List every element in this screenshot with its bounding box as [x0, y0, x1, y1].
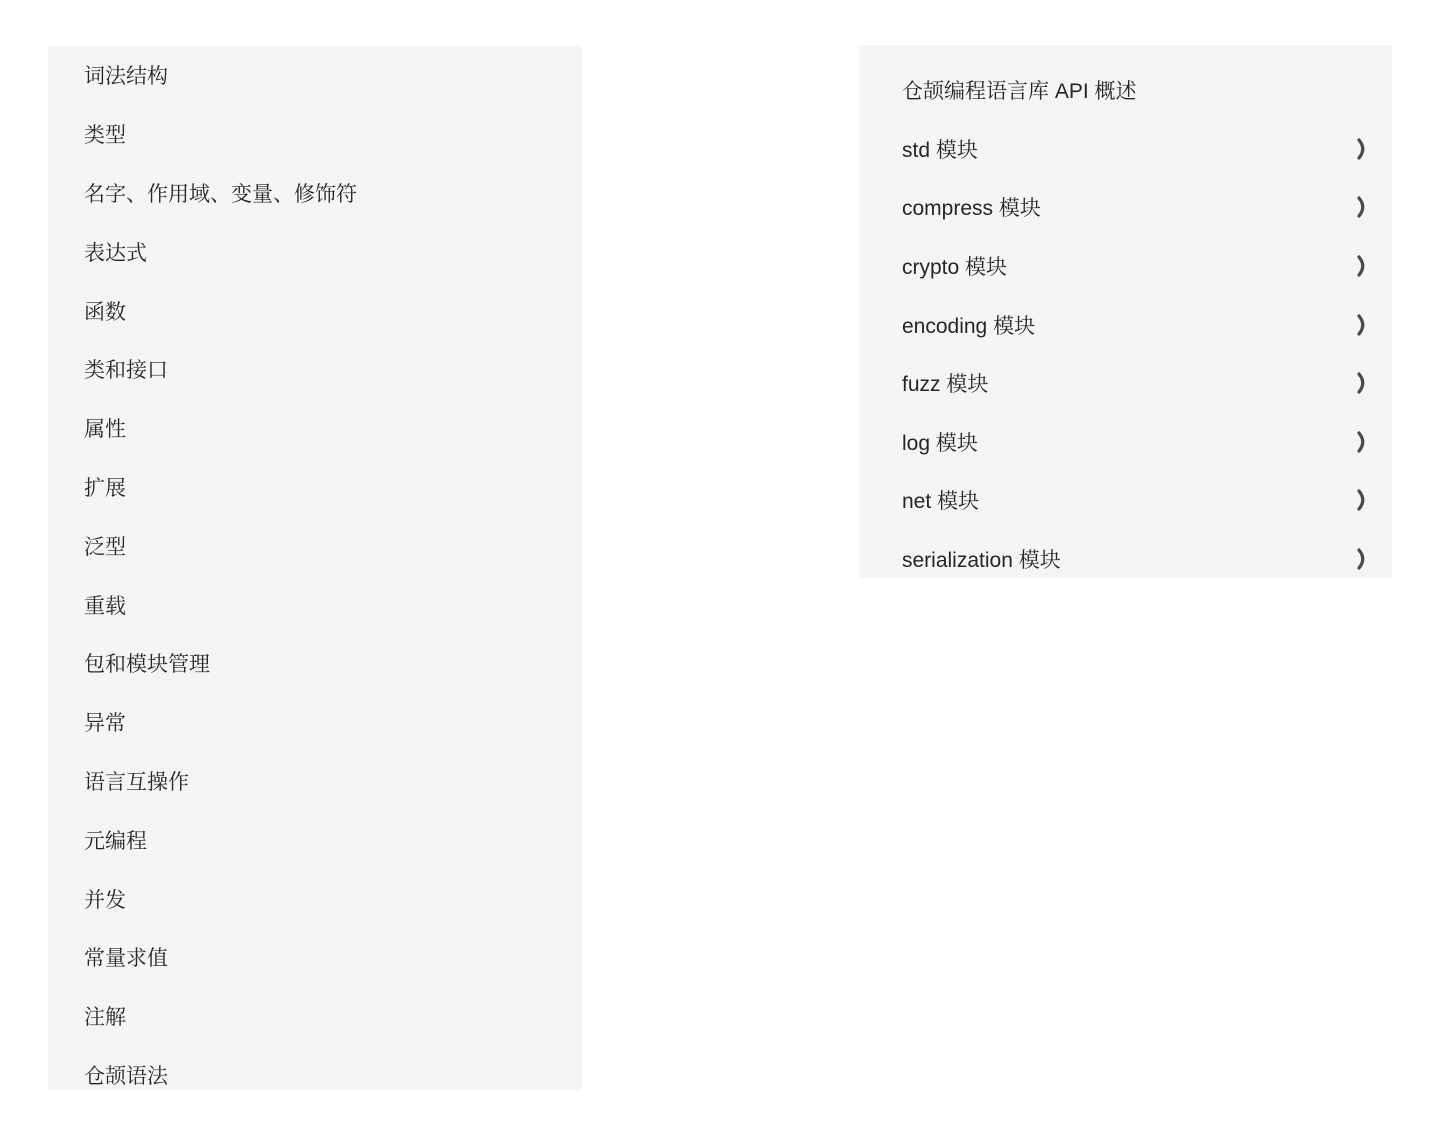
chevron-right-icon: [1357, 255, 1368, 277]
left-menu-item-package-module-management[interactable]: 包和模块管理: [48, 634, 582, 693]
language-spec-menu: 词法结构 类型 名字、作用域、变量、修饰符 表达式 函数 类和接口 属性 扩展 …: [48, 46, 582, 1090]
menu-item-label: 并发: [84, 884, 126, 914]
left-menu-item-concurrency[interactable]: 并发: [48, 869, 582, 928]
menu-item-label: encoding 模块: [902, 310, 1035, 340]
right-menu-item-serialization-module[interactable]: serialization 模块: [859, 530, 1392, 578]
left-menu-item-properties[interactable]: 属性: [48, 399, 582, 458]
menu-item-label: fuzz 模块: [902, 368, 988, 398]
menu-item-label: 名字、作用域、变量、修饰符: [84, 178, 357, 208]
menu-item-label: 仓颉语法: [84, 1060, 168, 1090]
menu-item-label: 表达式: [84, 237, 147, 267]
left-menu-item-names-scopes-variables-modifiers[interactable]: 名字、作用域、变量、修饰符: [48, 164, 582, 223]
right-menu-item-log-module[interactable]: log 模块: [859, 413, 1392, 472]
menu-item-label: 属性: [84, 413, 126, 443]
right-menu-item-encoding-module[interactable]: encoding 模块: [859, 295, 1392, 354]
menu-item-label: 仓颉编程语言库 API 概述: [902, 75, 1137, 105]
left-menu-item-cangjie-grammar[interactable]: 仓颉语法: [48, 1046, 582, 1090]
chevron-right-icon: [1357, 548, 1368, 570]
language-spec-nav-panel: 词法结构 类型 名字、作用域、变量、修饰符 表达式 函数 类和接口 属性 扩展 …: [48, 46, 582, 1090]
chevron-right-icon: [1357, 314, 1368, 336]
right-menu-item-net-module[interactable]: net 模块: [859, 471, 1392, 530]
left-menu-item-expressions[interactable]: 表达式: [48, 222, 582, 281]
menu-item-label: 常量求值: [84, 942, 168, 972]
right-menu-item-crypto-module[interactable]: crypto 模块: [859, 237, 1392, 296]
menu-item-label: 词法结构: [84, 60, 168, 90]
right-menu-item-std-module[interactable]: std 模块: [859, 120, 1392, 179]
menu-item-label: serialization 模块: [902, 544, 1061, 574]
menu-item-label: crypto 模块: [902, 251, 1007, 281]
menu-item-label: 泛型: [84, 531, 126, 561]
left-menu-item-extensions[interactable]: 扩展: [48, 458, 582, 517]
menu-item-label: log 模块: [902, 427, 978, 457]
menu-item-label: 类型: [84, 119, 126, 149]
menu-item-label: 元编程: [84, 825, 147, 855]
chevron-right-icon: [1357, 138, 1368, 160]
left-menu-item-types[interactable]: 类型: [48, 105, 582, 164]
left-menu-item-annotations[interactable]: 注解: [48, 987, 582, 1046]
menu-item-label: 包和模块管理: [84, 648, 210, 678]
menu-item-label: std 模块: [902, 134, 978, 164]
menu-item-label: 异常: [84, 707, 126, 737]
left-menu-item-constant-evaluation[interactable]: 常量求值: [48, 928, 582, 987]
chevron-right-icon: [1357, 489, 1368, 511]
left-menu-item-functions[interactable]: 函数: [48, 281, 582, 340]
chevron-right-icon: [1357, 196, 1368, 218]
library-api-menu: 仓颉编程语言库 API 概述 std 模块 compress 模块 crypto…: [859, 61, 1392, 578]
left-menu-item-language-interop[interactable]: 语言互操作: [48, 752, 582, 811]
menu-item-label: 类和接口: [84, 354, 168, 384]
chevron-right-icon: [1357, 431, 1368, 453]
left-menu-item-lexical-structure[interactable]: 词法结构: [48, 46, 582, 105]
left-menu-item-classes-interfaces[interactable]: 类和接口: [48, 340, 582, 399]
right-menu-item-fuzz-module[interactable]: fuzz 模块: [859, 354, 1392, 413]
menu-item-label: net 模块: [902, 485, 979, 515]
menu-item-label: compress 模块: [902, 192, 1041, 222]
left-menu-item-exceptions[interactable]: 异常: [48, 693, 582, 752]
library-api-nav-panel: 仓颉编程语言库 API 概述 std 模块 compress 模块 crypto…: [859, 45, 1392, 578]
chevron-right-icon: [1357, 372, 1368, 394]
menu-item-label: 扩展: [84, 472, 126, 502]
left-menu-item-overloading[interactable]: 重载: [48, 575, 582, 634]
left-menu-item-generics[interactable]: 泛型: [48, 516, 582, 575]
menu-item-label: 重载: [84, 590, 126, 620]
menu-item-label: 函数: [84, 296, 126, 326]
menu-item-label: 语言互操作: [84, 766, 189, 796]
right-menu-item-api-overview[interactable]: 仓颉编程语言库 API 概述: [859, 61, 1392, 120]
right-menu-item-compress-module[interactable]: compress 模块: [859, 178, 1392, 237]
menu-item-label: 注解: [84, 1001, 126, 1031]
left-menu-item-metaprogramming[interactable]: 元编程: [48, 810, 582, 869]
